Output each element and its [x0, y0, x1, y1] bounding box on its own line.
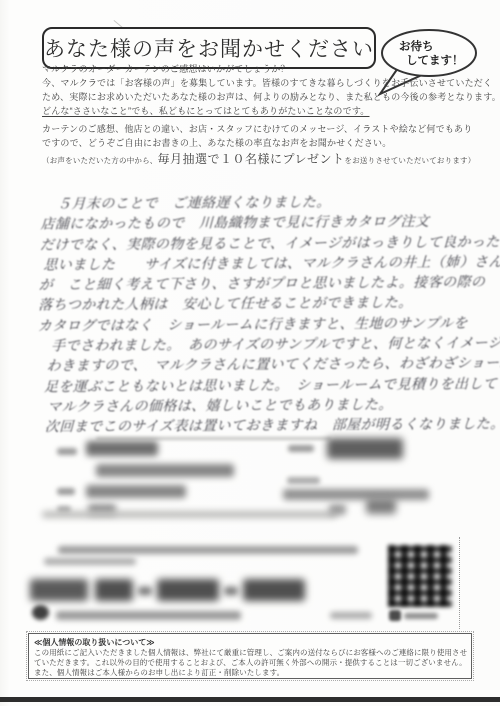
- blurred-customer-name-kana: [96, 464, 234, 477]
- privacy-title: ≪個人情報の取り扱いについて≫: [34, 637, 466, 648]
- blurred-field-label: [288, 445, 314, 452]
- blurred-qr-caption-mark: [389, 610, 401, 621]
- prize-prefix: （お声をいただいた方の中から、: [42, 156, 158, 165]
- prize-main: 毎月抽選で１０名様にプレゼント: [158, 152, 345, 166]
- cut-line: [459, 537, 460, 629]
- privacy-policy-box: ≪個人情報の取り扱いについて≫ この用紙にご記入いただきました個人情報は、弊社に…: [28, 633, 472, 679]
- blurred-phone-dash: [138, 587, 152, 595]
- blurred-phone-number: [243, 579, 305, 601]
- privacy-line: ていただきます。これ以外の目的で使用することおよび、ご本人の許可無く外部への開示…: [34, 658, 466, 668]
- blurred-customer-detail: [329, 504, 346, 515]
- handwriting-line: わきますので、 マルクラさんに置いてくださったら、わざわざショールームへ: [46, 353, 487, 376]
- handwriting-line: 次回までこのサイズ表は置いておきますね 部屋が明るくなりました。: [45, 414, 486, 437]
- prize-suffix: をお送りさせていただいております）: [345, 156, 476, 165]
- handwriting-line: が こと細く考えて下さり、さすがプロと思いましたよ。接客の際の: [39, 272, 490, 295]
- blurred-text-line: [44, 558, 136, 565]
- intro-paragraph: マルクラのオーダーカーテンのご感想はいかがでしょうか？ 今、マルクラでは「お客様…: [42, 62, 482, 168]
- blurred-qr-caption: [404, 613, 438, 619]
- handwriting-line: 店舗になかったもので 川島織物まで見に行きカタログ注文: [40, 211, 491, 234]
- intro-line: ですので、どうぞご自由にお書きの上、あなた様の率直なお声をお聞かせください。: [42, 136, 482, 150]
- blurred-customer-detail: [86, 485, 186, 498]
- blurred-text-line: [330, 612, 372, 619]
- intro-line: マルクラのオーダーカーテンのご感想はいかがでしょうか？: [42, 62, 482, 76]
- handwriting-line: 足を運ぶこともないとは思いました。 ショールームで見積りを出してくれたので: [44, 373, 487, 396]
- blurred-text-line: [58, 546, 358, 554]
- blurred-customer-detail: [283, 489, 429, 500]
- handwritten-message: ５月末のことで ご連絡遅くなりました。 店舗になかったもので 川島織物まで見に行…: [35, 190, 492, 437]
- privacy-line: また、個人情報はご本人様からのお申し出により訂正・削除いたします。: [34, 668, 466, 678]
- privacy-line: この用紙にご記入いただきました個人情報は、弊社にて厳重に管理し、ご案内の送付なら…: [34, 648, 466, 658]
- bubble-line-1: お待ち: [399, 41, 464, 55]
- blurred-phone-number: [157, 579, 219, 601]
- blurred-phone-dash: [224, 587, 238, 595]
- intro-line-underlined: どんな“ささいなこと”でも、私どもにとってはとてもありがたいことなのです。: [42, 104, 482, 118]
- blurred-stamp: [366, 498, 396, 514]
- blurred-rule-line: [96, 437, 331, 440]
- blurred-address-line: [42, 511, 337, 518]
- intro-line: ため、実際にお求めいただいたあなた様のお声は、何よりの励みとなり、また私どもの今…: [42, 90, 482, 104]
- blurred-field-label: [57, 488, 75, 495]
- blurred-phone-prefix: [30, 579, 88, 601]
- blurred-phone-number: [95, 579, 133, 601]
- blurred-signature: [327, 438, 403, 459]
- blurred-qr-code: [388, 545, 452, 607]
- intro-line: 今、マルクラでは「お客様の声」を募集しています。皆様のすてきな暮らしづくりをお手…: [42, 76, 482, 90]
- scan-edge-bar: [0, 697, 500, 702]
- feedback-form-page: あなた様の声をお聞かせください お待ち してます！ マルクラのオーダーカーテンの…: [0, 0, 500, 706]
- prize-line: （お声をいただいた方の中から、毎月抽選で１０名様にプレゼントをお送りさせていただ…: [42, 152, 482, 168]
- intro-line: カーテンのご感想、他店との違い、お店・スタッフにむけてのメッセージ、イラストや絵…: [42, 122, 482, 136]
- blurred-address: [56, 611, 241, 620]
- blurred-shop-logo: [32, 605, 49, 620]
- page-title: あなた様の声をお聞かせください: [44, 33, 374, 63]
- blurred-customer-name: [86, 441, 158, 456]
- blurred-field-label: [287, 477, 320, 484]
- blurred-field-label: [57, 448, 77, 455]
